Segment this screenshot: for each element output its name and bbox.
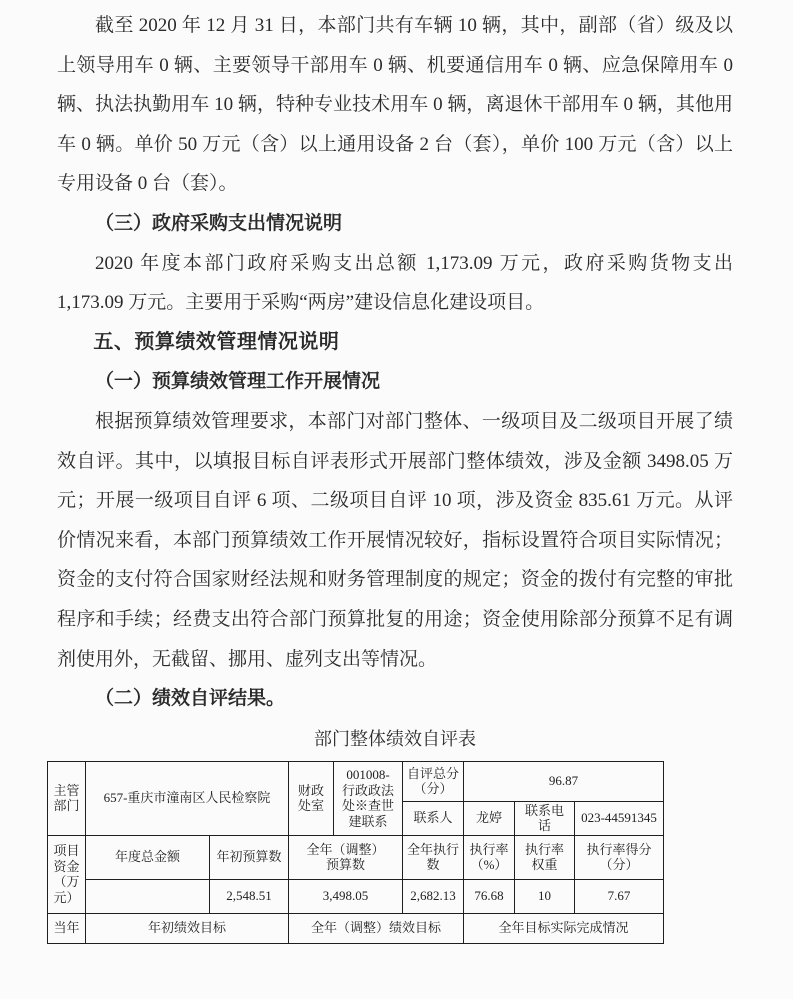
cell-header-initial-budget: 年初预算数 (210, 835, 289, 879)
cell-header-adjusted-budget: 全年（调整） 预算数 (289, 835, 403, 879)
paragraph-performance: 根据预算绩效管理要求，本部门对部门整体、一级项目及二级项目开展了绩效自评。其中，… (57, 402, 733, 679)
cell-goal-adjusted: 全年（调整）绩效目标 (289, 913, 464, 943)
document-body: 截至 2020 年 12 月 31 日，本部门共有车辆 10 辆，其中，副部（省… (0, 0, 793, 759)
performance-table: 主管 部门 657-重庆市潼南区人民检察院 财政 处室 001008- 行政政法… (47, 761, 664, 944)
cell-value-exec-weight: 10 (515, 879, 575, 913)
paragraph-procurement: 2020 年度本部门政府采购支出总额 1,173.09 万元，政府采购货物支出 … (57, 244, 733, 323)
cell-goal-actual: 全年目标实际完成情况 (464, 913, 664, 943)
cell-self-score-value: 96.87 (464, 761, 664, 801)
cell-phone-label: 联系电 话 (515, 801, 575, 835)
cell-header-exec-weight: 执行率 权重 (515, 835, 575, 879)
cell-project-fund-label: 项目 资金 （万 元） (48, 835, 86, 913)
cell-contact-value: 龙婷 (464, 801, 515, 835)
cell-header-exec-score: 执行率得分 （分） (575, 835, 664, 879)
heading-sub1: （一）预算绩效管理工作开展情况 (57, 362, 733, 402)
paragraph-vehicles: 截至 2020 年 12 月 31 日，本部门共有车辆 10 辆，其中，副部（省… (57, 6, 733, 204)
document-page: 截至 2020 年 12 月 31 日，本部门共有车辆 10 辆，其中，副部（省… (0, 0, 793, 999)
cell-phone-value: 023-44591345 (575, 801, 664, 835)
cell-value-executed: 2,682.13 (403, 879, 464, 913)
cell-finance-office-label: 财政 处室 (289, 761, 334, 835)
cell-value-annual-total (86, 879, 210, 913)
cell-value-exec-score: 7.67 (575, 879, 664, 913)
cell-value-exec-rate: 76.68 (464, 879, 515, 913)
cell-goal-initial: 年初绩效目标 (86, 913, 289, 943)
heading-procurement: （三）政府采购支出情况说明 (57, 204, 733, 244)
cell-header-executed: 全年执行 数 (403, 835, 464, 879)
cell-header-exec-rate: 执行率 （%） (464, 835, 515, 879)
cell-supervisor-label: 主管 部门 (48, 761, 86, 835)
cell-current-year-label: 当年 (48, 913, 86, 943)
cell-supervisor-value: 657-重庆市潼南区人民检察院 (86, 761, 289, 835)
heading-sub2: （二）绩效自评结果。 (57, 679, 733, 719)
cell-value-initial-budget: 2,548.51 (210, 879, 289, 913)
table-title: 部门整体绩效自评表 (57, 719, 733, 759)
cell-contact-label: 联系人 (403, 801, 464, 835)
heading-section5: 五、预算绩效管理情况说明 (57, 323, 733, 363)
cell-header-annual-total: 年度总金额 (86, 835, 210, 879)
cell-finance-office-value: 001008- 行政政法 处※查世 建联系 (334, 761, 403, 835)
cell-self-score-label: 自评总分 （分） (403, 761, 464, 801)
cell-value-adjusted-budget: 3,498.05 (289, 879, 403, 913)
